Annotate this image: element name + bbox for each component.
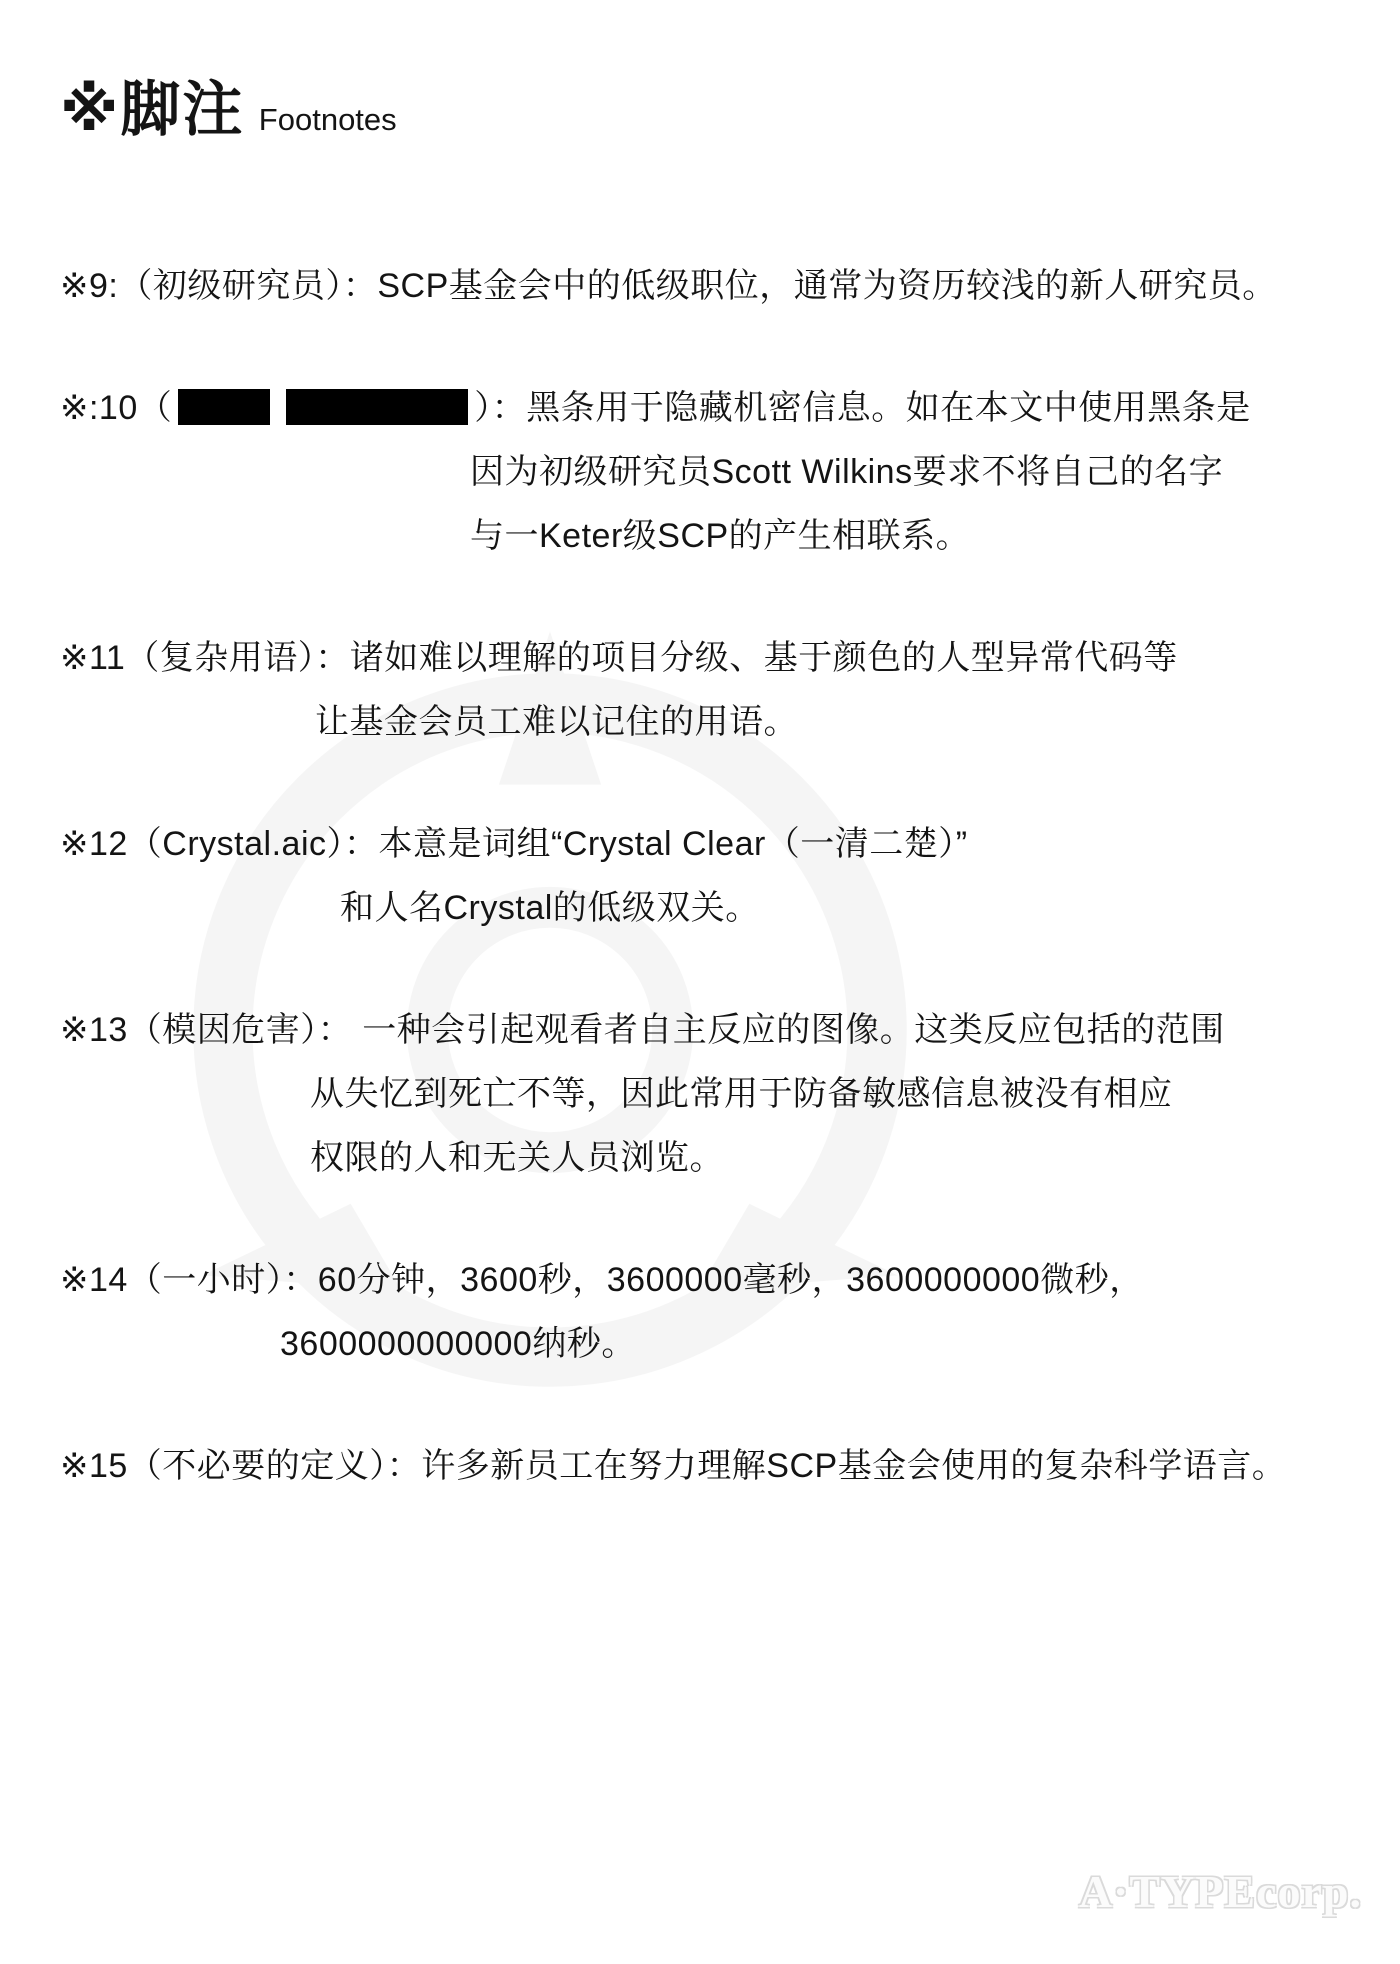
- footnote-12-line-1: ※12（Crystal.aic）：本意是词组“Crystal Clear（一清二…: [60, 812, 1380, 876]
- footnote-10-suffix: ）：黑条用于隐藏机密信息。如在本文中使用黑条是: [474, 389, 1251, 427]
- page-title-en: Footnotes: [259, 102, 397, 137]
- footnote-9-line-1: ※9:（初级研究员）：SCP基金会中的低级职位，通常为资历较浅的新人研究员。: [60, 254, 1380, 318]
- document-page: ※脚注 Footnotes ※9:（初级研究员）：SCP基金会中的低级职位，通常…: [0, 0, 1400, 1964]
- footnote-14-line-2: 3600000000000纳秒。: [280, 1312, 1380, 1376]
- footnote-12-line-2: 和人名Crystal的低级双关。: [340, 876, 1380, 940]
- footnote-11: ※11（复杂用语）：诸如难以理解的项目分级、基于颜色的人型异常代码等 让基金会员…: [60, 626, 1380, 754]
- page-title-zh: ※脚注: [60, 76, 244, 143]
- footnote-10-line-2: 因为初级研究员Scott Wilkins要求不将自己的名字: [470, 440, 1380, 504]
- footnote-10-line-1: ※:10（）：黑条用于隐藏机密信息。如在本文中使用黑条是: [60, 376, 1380, 440]
- brand-watermark: A·TYPEcorp.: [1079, 1865, 1362, 1918]
- redaction-bar-2: [286, 389, 468, 425]
- page-title: ※脚注 Footnotes: [60, 62, 1380, 148]
- footnote-14-line-1: ※14（一小时）：60分钟，3600秒，3600000毫秒，3600000000…: [60, 1248, 1380, 1312]
- footnotes-content: ※脚注 Footnotes ※9:（初级研究员）：SCP基金会中的低级职位，通常…: [0, 0, 1400, 1498]
- footnote-10-prefix: ※:10（: [60, 389, 172, 427]
- footnote-10: ※:10（）：黑条用于隐藏机密信息。如在本文中使用黑条是 因为初级研究员Scot…: [60, 376, 1380, 568]
- redaction-bar-1: [178, 389, 270, 425]
- footnote-15-line-1: ※15（不必要的定义）：许多新员工在努力理解SCP基金会使用的复杂科学语言。: [60, 1434, 1380, 1498]
- footnote-15: ※15（不必要的定义）：许多新员工在努力理解SCP基金会使用的复杂科学语言。: [60, 1434, 1380, 1498]
- footnote-9: ※9:（初级研究员）：SCP基金会中的低级职位，通常为资历较浅的新人研究员。: [60, 254, 1380, 318]
- footnote-12: ※12（Crystal.aic）：本意是词组“Crystal Clear（一清二…: [60, 812, 1380, 940]
- footnote-11-line-2: 让基金会员工难以记住的用语。: [315, 690, 1380, 754]
- footnote-13-line-1: ※13（模因危害）： 一种会引起观看者自主反应的图像。这类反应包括的范围: [60, 998, 1380, 1062]
- footnote-13-line-2: 从失忆到死亡不等，因此常用于防备敏感信息被没有相应: [310, 1062, 1380, 1126]
- footnote-11-line-1: ※11（复杂用语）：诸如难以理解的项目分级、基于颜色的人型异常代码等: [60, 626, 1380, 690]
- footnote-10-line-3: 与一Keter级SCP的产生相联系。: [470, 504, 1380, 568]
- footnote-13: ※13（模因危害）： 一种会引起观看者自主反应的图像。这类反应包括的范围 从失忆…: [60, 998, 1380, 1190]
- footnote-14: ※14（一小时）：60分钟，3600秒，3600000毫秒，3600000000…: [60, 1248, 1380, 1376]
- footnote-13-line-3: 权限的人和无关人员浏览。: [310, 1126, 1380, 1190]
